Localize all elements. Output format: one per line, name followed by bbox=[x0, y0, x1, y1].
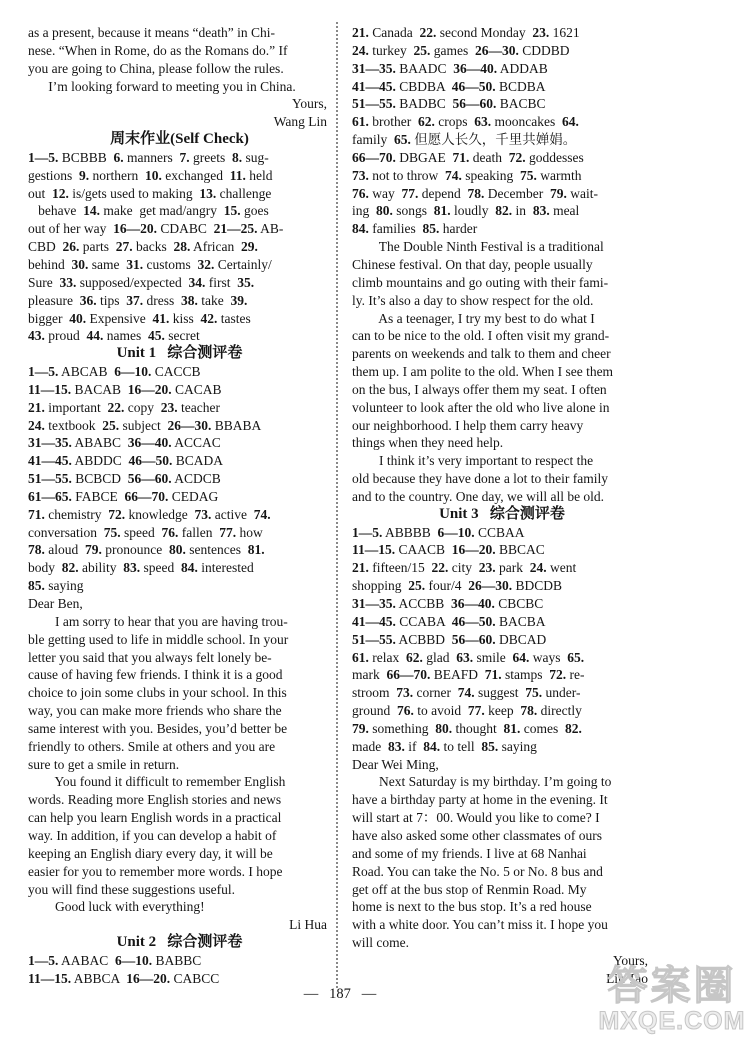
answer-key-page: as a present, because it means “death” i… bbox=[0, 0, 750, 1045]
continued-letter-paragraph: as a present, because it means “death” i… bbox=[28, 24, 331, 95]
watermark-site-text: MXQE.COM bbox=[596, 1009, 748, 1034]
heading-weekend-homework-self-check: 周末作业(Self Check) bbox=[28, 131, 331, 149]
heading-unit1-test: Unit 1 综合测评卷 bbox=[28, 345, 331, 363]
answers-unit2-test-continued: 21. Canada 22. second Monday 23. 1621 24… bbox=[352, 24, 652, 238]
watermark-logo-text: 答案圈 bbox=[596, 966, 748, 1006]
letter-body-to-ben: I am sorry to hear that you are having t… bbox=[28, 613, 331, 916]
answers-unit3-test: 1—5. ABBBB 6—10. CCBAA 11—15. CAACB 16—2… bbox=[352, 524, 652, 756]
answers-unit1-test: 1—5. ABCAB 6—10. CACCB 11—15. BACAB 16—2… bbox=[28, 363, 331, 595]
signature-li-hua: Li Hua bbox=[28, 916, 331, 934]
salutation-dear-wei-ming: Dear Wei Ming, bbox=[352, 756, 652, 774]
answers-unit2-test: 1—5. AABAC 6—10. BABBC 11—15. ABBCA 16—2… bbox=[28, 952, 331, 988]
heading-unit3-test: Unit 3 综合测评卷 bbox=[352, 506, 652, 524]
column-divider-dotted-line bbox=[336, 22, 338, 988]
right-column: 21. Canada 22. second Monday 23. 1621 24… bbox=[352, 24, 652, 988]
essay-double-ninth-festival: The Double Ninth Festival is a tradition… bbox=[352, 238, 652, 506]
salutation-dear-ben: Dear Ben, bbox=[28, 595, 331, 613]
watermark: 答案圈 MXQE.COM bbox=[596, 966, 748, 1034]
signature-yours-left: Yours, bbox=[28, 95, 331, 113]
left-column: as a present, because it means “death” i… bbox=[28, 24, 331, 988]
page-number: — 187 — bbox=[28, 986, 652, 1003]
letter-body-birthday-invitation: Next Saturday is my birthday. I’m going … bbox=[352, 773, 652, 951]
heading-unit2-test: Unit 2 综合测评卷 bbox=[28, 934, 331, 952]
signature-wang-lin: Wang Lin bbox=[28, 113, 331, 131]
answers-weekend-homework: 1—5. BCBBB 6. manners 7. greets 8. sug- … bbox=[28, 149, 331, 345]
